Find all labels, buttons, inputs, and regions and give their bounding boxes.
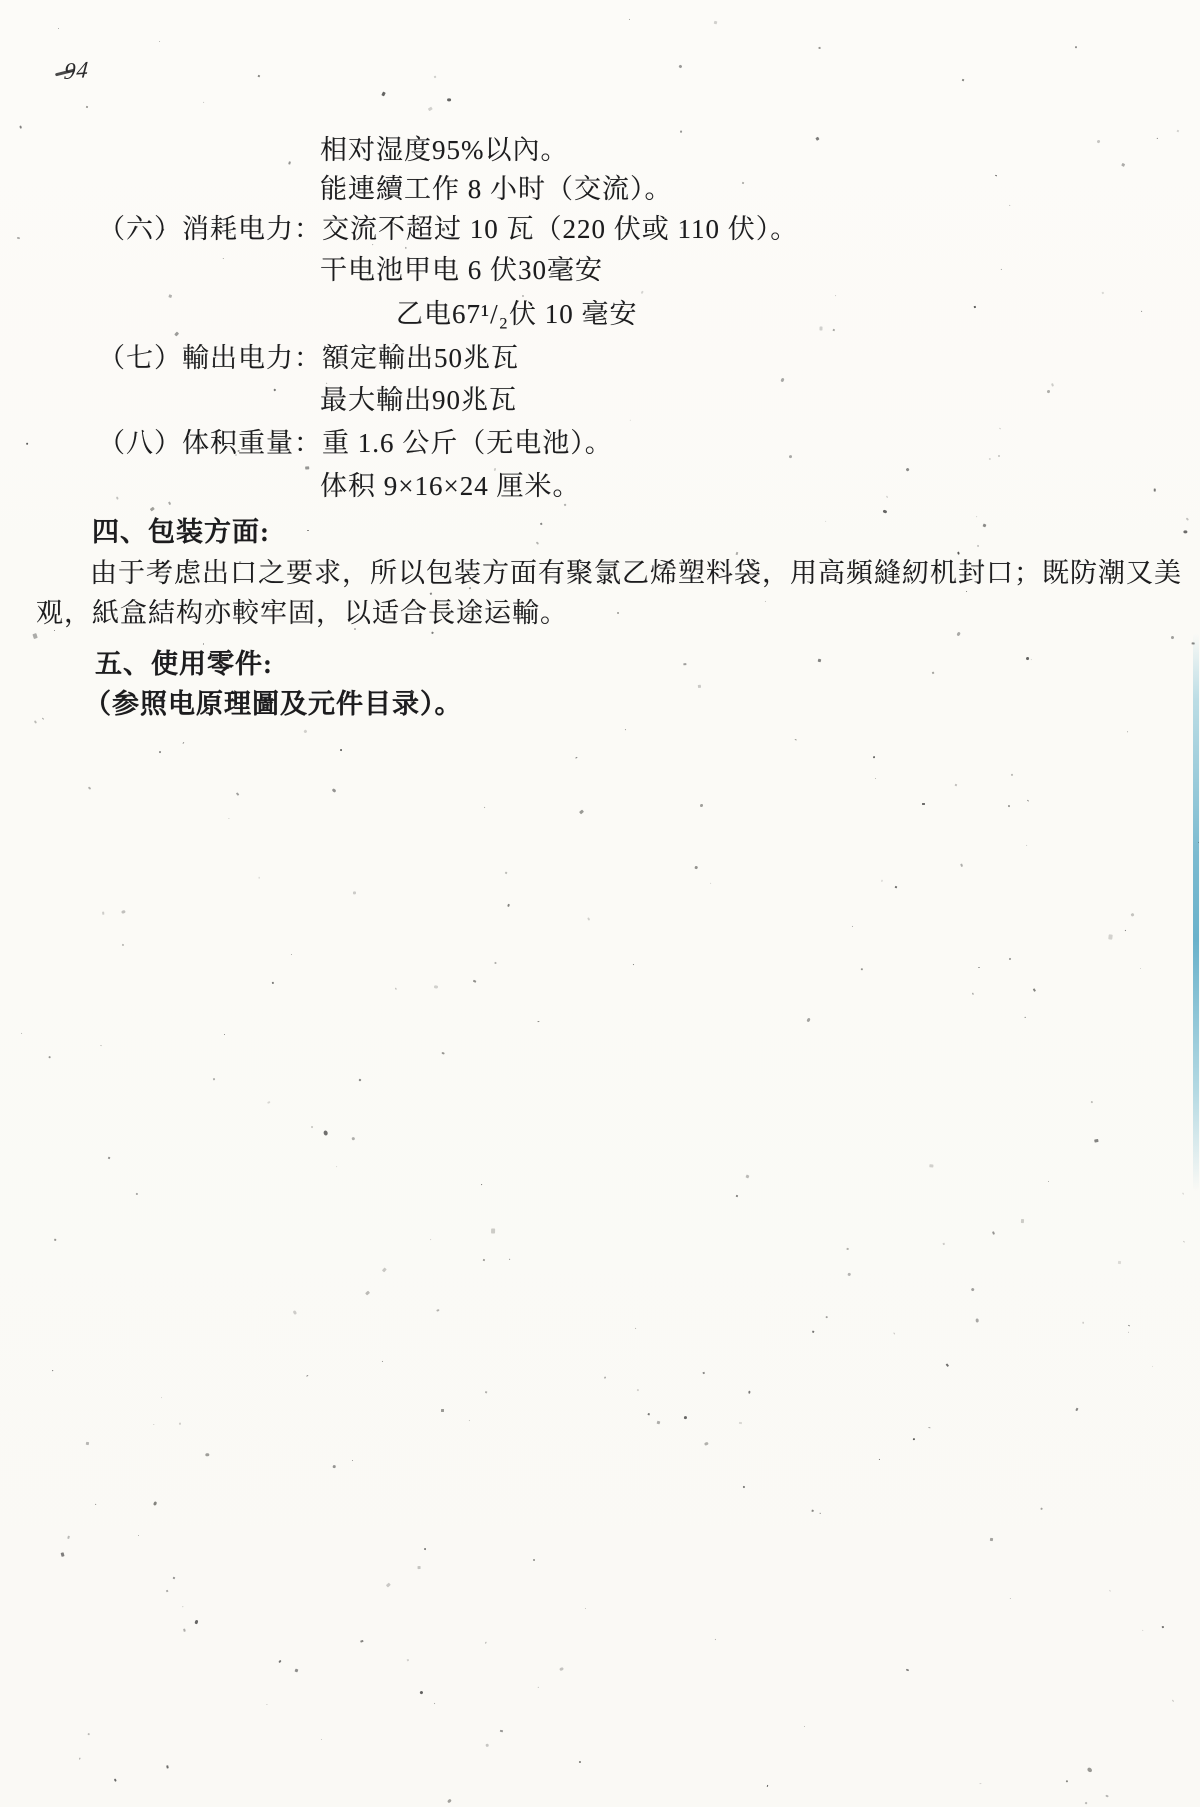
text-line-volume: 体积 9×16×24 厘米。 bbox=[320, 464, 580, 503]
text-line-packaging-para-1: 由于考虑出口之要求，所以包装方面有聚氯乙烯塑料袋，用高頻縫紉机封口；既防潮又美 bbox=[90, 551, 1182, 590]
page-number: 94 bbox=[63, 57, 90, 85]
text-line-battery-b: 乙电67¹/₂伏 10 毫安 bbox=[396, 292, 638, 331]
section-heading-parts: 五、使用零件: bbox=[95, 642, 273, 681]
text-line-humidity: 相对湿度95%以內。 bbox=[320, 128, 569, 167]
text-line-max-output: 最大輸出90兆瓦 bbox=[320, 378, 517, 417]
scanned-document-page: 94 相对湿度95%以內。 能連續工作 8 小时（交流）。 （六）消耗电力：交流… bbox=[0, 0, 1200, 1807]
text-line-battery-a: 干电池甲电 6 伏30毫安 bbox=[320, 248, 603, 287]
section-heading-packaging: 四、包装方面: bbox=[92, 510, 270, 549]
text-line-parts-reference: （参照电原理圖及元件目录）。 bbox=[84, 682, 463, 721]
text-line-item8-weight: （八）体积重量：重 1.6 公斤（无电池）。 bbox=[98, 421, 613, 460]
scan-streak-blue bbox=[1193, 633, 1199, 1191]
text-line-continuous-work: 能連續工作 8 小时（交流）。 bbox=[320, 167, 673, 206]
text-line-item7-output-power: （七）輸出电力：額定輸出50兆瓦 bbox=[98, 336, 519, 375]
text-line-packaging-para-2: 观，紙盒結构亦較牢固，以适合長途运輸。 bbox=[36, 591, 568, 630]
text-line-item6-power-consumption: （六）消耗电力：交流不超过 10 瓦（220 伏或 110 伏）。 bbox=[98, 207, 798, 246]
